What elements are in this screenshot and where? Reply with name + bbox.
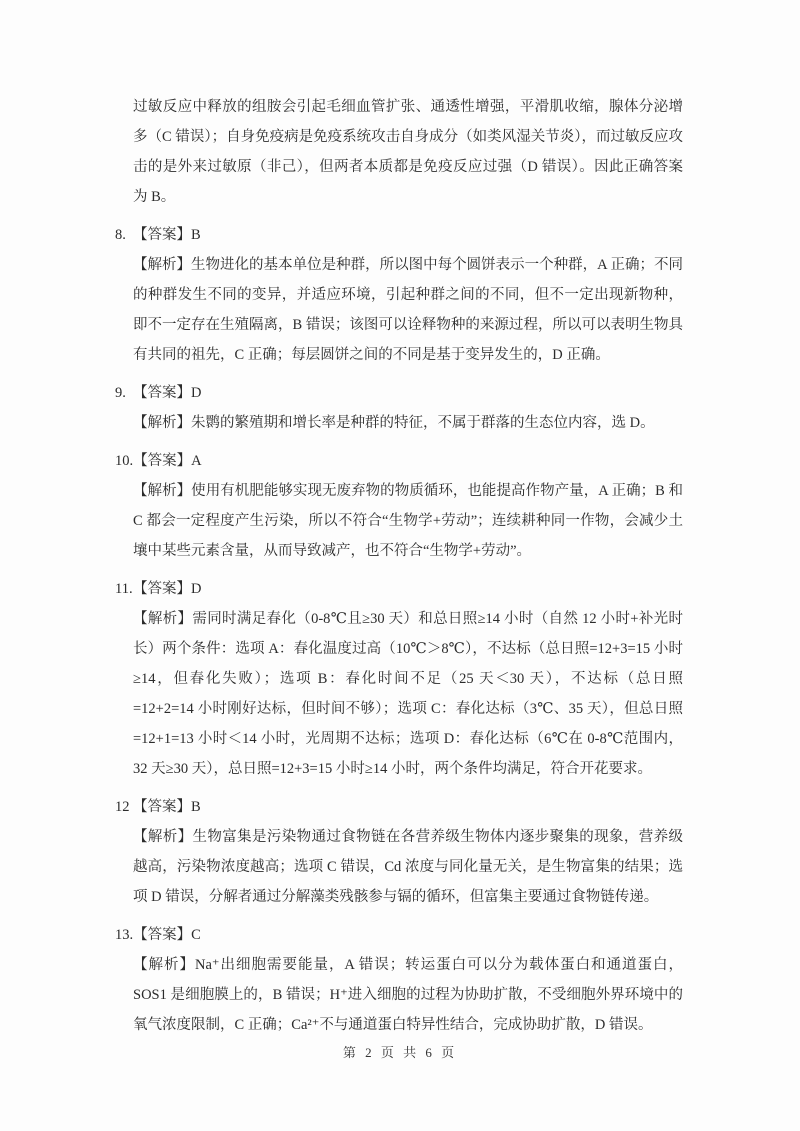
analysis-paragraph: 【解析】朱鹮的繁殖期和增长率是种群的特征，不属于群落的生态位内容，选 D。	[133, 408, 683, 438]
answer-label: 【答案】	[133, 378, 191, 408]
question-number: 12	[115, 792, 133, 822]
answer-value: D	[191, 378, 201, 408]
analysis-label: 【解析】	[133, 257, 191, 273]
answer-label: 【答案】	[133, 574, 191, 604]
scanned-answer-page: 过敏反应中释放的组胺会引起毛细血管扩张、通透性增强，平滑肌收缩，腺体分泌增多（C…	[0, 0, 800, 1131]
analysis-paragraph: 【解析】需同时满足春化（0-8℃且≥30 天）和总日照≥14 小时（自然 12 …	[133, 604, 683, 784]
continuation-paragraph: 过敏反应中释放的组胺会引起毛细血管扩张、通透性增强，平滑肌收缩，腺体分泌增多（C…	[133, 92, 683, 212]
answer-label: 【答案】	[133, 446, 191, 476]
question-number: 13.	[115, 920, 133, 950]
analysis-label: 【解析】	[133, 957, 195, 973]
answer-value: B	[191, 220, 201, 250]
answer-label: 【答案】	[133, 792, 191, 822]
question-number: 9.	[115, 378, 133, 408]
answer-item-8: 8.【答案】B 【解析】生物进化的基本单位是种群，所以图中每个圆饼表示一个种群，…	[115, 220, 683, 370]
analysis-text: 需同时满足春化（0-8℃且≥30 天）和总日照≥14 小时（自然 12 小时+补…	[133, 611, 683, 777]
analysis-text: 使用有机肥能够实现无废弃物的物质循环，也能提高作物产量，A 正确；B 和 C 都…	[133, 483, 683, 559]
analysis-text: Na⁺出细胞需要能量，A 错误；转运蛋白可以分为载体蛋白和通道蛋白，SOS1 是…	[133, 957, 683, 1033]
analysis-paragraph: 【解析】使用有机肥能够实现无废弃物的物质循环，也能提高作物产量，A 正确；B 和…	[133, 476, 683, 566]
question-number: 8.	[115, 220, 133, 250]
answer-line: 8.【答案】B	[115, 220, 683, 250]
analysis-label: 【解析】	[133, 829, 193, 845]
analysis-label: 【解析】	[133, 611, 192, 627]
analysis-text: 朱鹮的繁殖期和增长率是种群的特征，不属于群落的生态位内容，选 D。	[191, 415, 655, 431]
answer-value: D	[191, 574, 201, 604]
answer-value: A	[191, 446, 201, 476]
analysis-paragraph: 【解析】生物进化的基本单位是种群，所以图中每个圆饼表示一个种群，A 正确；不同的…	[133, 250, 683, 370]
question-number: 11.	[115, 574, 133, 604]
answer-line: 12【答案】B	[115, 792, 683, 822]
answer-item-11: 11.【答案】D 【解析】需同时满足春化（0-8℃且≥30 天）和总日照≥14 …	[115, 574, 683, 784]
analysis-label: 【解析】	[133, 415, 191, 431]
answer-item-13: 13.【答案】C 【解析】Na⁺出细胞需要能量，A 错误；转运蛋白可以分为载体蛋…	[115, 920, 683, 1040]
question-number: 10.	[115, 446, 133, 476]
answer-label: 【答案】	[133, 220, 191, 250]
analysis-label: 【解析】	[133, 483, 191, 499]
answer-item-9: 9.【答案】D 【解析】朱鹮的繁殖期和增长率是种群的特征，不属于群落的生态位内容…	[115, 378, 683, 438]
analysis-text: 生物进化的基本单位是种群，所以图中每个圆饼表示一个种群，A 正确；不同的种群发生…	[133, 257, 683, 363]
answer-item-12: 12【答案】B 【解析】生物富集是污染物通过食物链在各营养级生物体内逐步聚集的现…	[115, 792, 683, 912]
answer-value: B	[191, 792, 201, 822]
answer-value: C	[191, 920, 201, 950]
answer-line: 11.【答案】D	[115, 574, 683, 604]
answer-line: 13.【答案】C	[115, 920, 683, 950]
answer-label: 【答案】	[133, 920, 191, 950]
answer-item-10: 10.【答案】A 【解析】使用有机肥能够实现无废弃物的物质循环，也能提高作物产量…	[115, 446, 683, 566]
analysis-paragraph: 【解析】Na⁺出细胞需要能量，A 错误；转运蛋白可以分为载体蛋白和通道蛋白，SO…	[133, 950, 683, 1040]
answer-key-content: 过敏反应中释放的组胺会引起毛细血管扩张、通透性增强，平滑肌收缩，腺体分泌增多（C…	[115, 92, 683, 1040]
analysis-paragraph: 【解析】生物富集是污染物通过食物链在各营养级生物体内逐步聚集的现象，营养级越高，…	[133, 822, 683, 912]
page-number-footer: 第 2 页 共 6 页	[0, 1042, 800, 1061]
analysis-text: 生物富集是污染物通过食物链在各营养级生物体内逐步聚集的现象，营养级越高，污染物浓…	[133, 829, 683, 905]
answer-line: 9.【答案】D	[115, 378, 683, 408]
answer-line: 10.【答案】A	[115, 446, 683, 476]
